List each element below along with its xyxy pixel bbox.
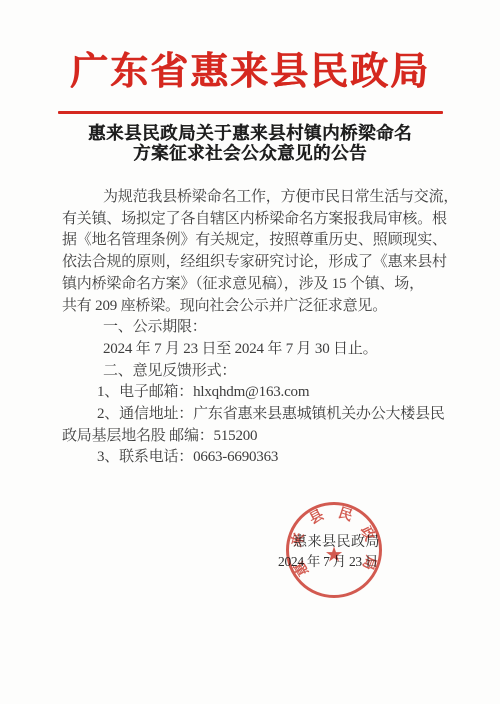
document-page: 广东省惠来县民政局 惠来县民政局关于惠来县村镇内桥梁命名 方案征求社会公众意见的… bbox=[0, 0, 500, 704]
seal-date-text: 2024 年 7 月 23 日 bbox=[278, 550, 378, 570]
body-line-postcode: 政局基层地名股 邮编：515200 bbox=[62, 426, 446, 448]
body-line-section-2: 二、意见反馈形式： bbox=[62, 361, 446, 383]
body-line: 为规范我县桥梁命名工作，方便市民日常生活与交流， bbox=[62, 187, 446, 209]
body-line: 依法合规的原则，经组织专家研究讨论，形成了《惠来县村 bbox=[62, 252, 446, 274]
body-line-email: 1、电子邮箱：hlxqhdm@163.com bbox=[62, 382, 446, 404]
body-line-period: 2024 年 7 月 23 日至 2024 年 7 月 30 日止。 bbox=[62, 339, 446, 361]
letterhead-divider bbox=[58, 111, 443, 114]
letterhead-title: 广东省惠来县民政局 bbox=[0, 50, 500, 94]
notice-title-line1: 惠来县民政局关于惠来县村镇内桥梁命名 bbox=[0, 123, 500, 143]
body-line: 据《地名管理条例》有关规定，按照尊重历史、照顾现实、 bbox=[62, 230, 446, 252]
seal-arc-char: 县 bbox=[308, 509, 327, 528]
official-seal: 惠来县民政局 2024 年 7 月 23 日 惠来县民政局 ★ bbox=[270, 496, 405, 618]
notice-title-line2: 方案征求社会公众意见的公告 bbox=[0, 143, 500, 163]
notice-body: 为规范我县桥梁命名工作，方便市民日常生活与交流， 有关镇、场拟定了各自辖区内桥梁… bbox=[62, 187, 446, 469]
body-line: 共有 209 座桥梁。现向社会公示并广泛征求意见。 bbox=[62, 296, 446, 318]
body-line: 镇内桥梁命名方案》（征求意见稿），涉及 15 个镇、场， bbox=[62, 274, 446, 296]
body-line-section-1: 一、公示期限： bbox=[62, 317, 446, 339]
seal-arc-char: 民 bbox=[336, 507, 354, 525]
body-line: 有关镇、场拟定了各自辖区内桥梁命名方案报我局审核。根 bbox=[62, 209, 446, 231]
body-line-phone: 3、联系电话：0663-6690363 bbox=[62, 447, 446, 469]
body-line-address: 2、通信地址：广东省惠来县惠城镇机关办公大楼县民 bbox=[62, 404, 446, 426]
notice-title: 惠来县民政局关于惠来县村镇内桥梁命名 方案征求社会公众意见的公告 bbox=[0, 123, 500, 163]
seal-org-text: 惠来县民政局 bbox=[293, 531, 380, 551]
